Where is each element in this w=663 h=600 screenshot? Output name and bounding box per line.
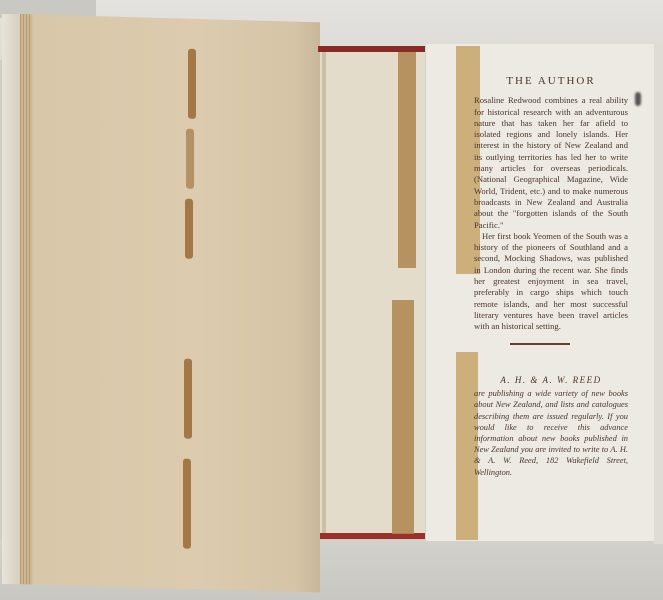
foxing-stain	[188, 49, 196, 119]
tape-stain	[398, 52, 416, 268]
publisher-heading: A. H. & A. W. REED	[474, 375, 628, 386]
flap-edge	[654, 44, 663, 544]
publisher-paragraph: are publishing a wide variety of new boo…	[474, 388, 628, 478]
publisher-blurb: A. H. & A. W. REED are publishing a wide…	[474, 375, 628, 478]
author-paragraph: Rosaline Redwood combines a real ability…	[474, 95, 628, 231]
book-fore-edge	[2, 14, 20, 584]
foxing-stain	[185, 199, 193, 259]
foxing-stain	[183, 459, 191, 549]
author-paragraph: Her first book Yeomen of the South was a…	[474, 231, 628, 333]
tape-stain	[392, 300, 414, 534]
foxing-stain	[184, 359, 192, 439]
divider-rule	[510, 343, 570, 345]
author-blurb: THE AUTHOR Rosaline Redwood combines a r…	[474, 76, 628, 333]
page-edges	[20, 14, 32, 584]
foxing-stain	[186, 129, 194, 189]
gutter-fold	[322, 50, 326, 534]
smudge-mark	[635, 92, 641, 106]
left-endpaper	[20, 14, 320, 592]
author-heading: THE AUTHOR	[474, 76, 628, 87]
